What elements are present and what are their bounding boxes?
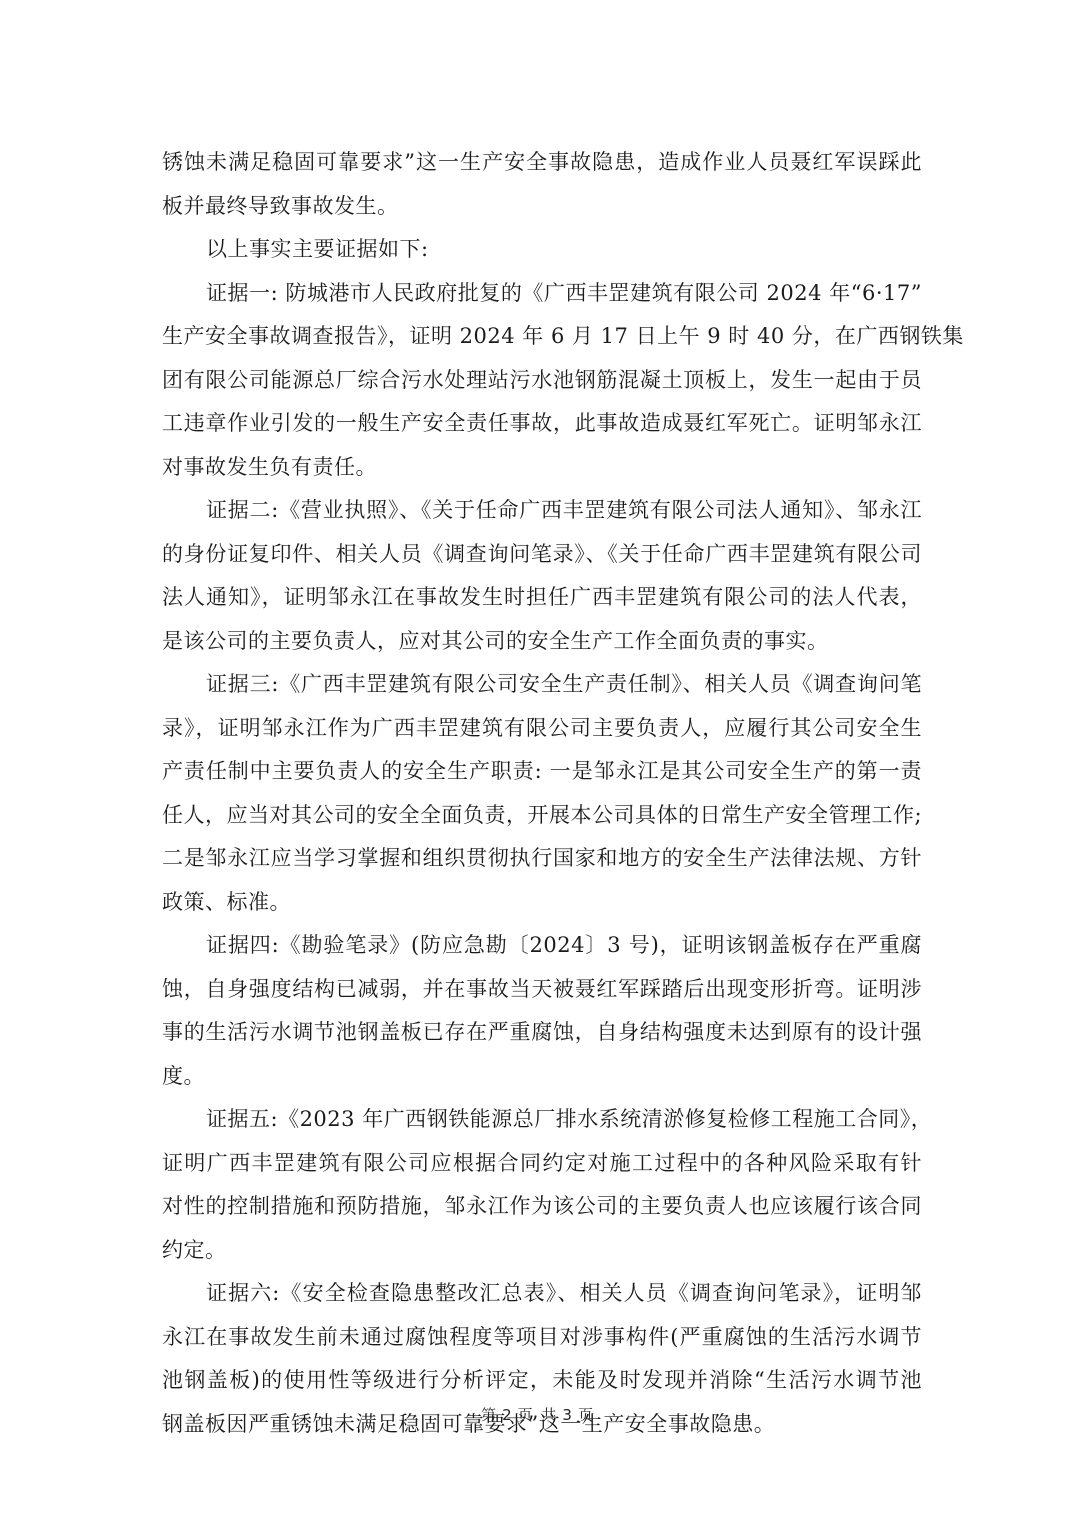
text-line: 蚀，自身强度结构已减弱，并在事故当天被聂红军踩踏后出现变形折弯。证明涉 (162, 968, 922, 1012)
text-line: 证据一: 防城港市人民政府批复的《广西丰罡建筑有限公司 2024 年“6·17” (162, 272, 922, 316)
text-line: 的身份证复印件、相关人员《调查询问笔录》、《关于任命广西丰罡建筑有限公司 (162, 533, 922, 577)
text-line: 证据六:《安全检查隐患整改汇总表》、相关人员《调查询问笔录》，证明邹 (162, 1272, 922, 1316)
text-line: 以上事实主要证据如下: (162, 228, 922, 272)
paragraph-evidence-4: 证据四:《勘验笔录》(防应急勘〔2024〕3 号)，证明该钢盖板存在严重腐 蚀，… (162, 924, 922, 1098)
text-line: 对事故发生负有责任。 (162, 446, 922, 490)
text-line: 二是邹永江应当学习掌握和组织贯彻执行国家和地方的安全生产法律法规、方针 (162, 837, 922, 881)
text-line: 证明广西丰罡建筑有限公司应根据合同约定对施工过程中的各种风险采取有针 (162, 1142, 922, 1186)
text-line: 锈蚀未满足稳固可靠要求”这一生产安全事故隐患，造成作业人员聂红军误踩此 (162, 141, 922, 185)
text-line: 事的生活污水调节池钢盖板已存在严重腐蚀，自身结构强度未达到原有的设计强 (162, 1011, 922, 1055)
footer-prefix: 第 (481, 1406, 496, 1424)
text-line: 证据二:《营业执照》、《关于任命广西丰罡建筑有限公司法人通知》、邹永江 (162, 489, 922, 533)
text-line: 约定。 (162, 1229, 922, 1273)
text-line: 证据三:《广西丰罡建筑有限公司安全生产责任制》、相关人员《调查询问笔 (162, 663, 922, 707)
text-line: 政策、标准。 (162, 881, 922, 925)
text-line: 是该公司的主要负责人，应对其公司的安全生产工作全面负责的事实。 (162, 620, 922, 664)
text-line: 录》，证明邹永江作为广西丰罡建筑有限公司主要负责人，应履行其公司安全生 (162, 707, 922, 751)
text-line: 永江在事故发生前未通过腐蚀程度等项目对涉事构件(严重腐蚀的生活污水调节 (162, 1316, 922, 1360)
text-line: 法人通知》，证明邹永江在事故发生时担任广西丰罡建筑有限公司的法人代表， (162, 576, 922, 620)
paragraph-evidence-intro: 以上事实主要证据如下: (162, 228, 922, 272)
text-line: 产责任制中主要负责人的安全生产职责: 一是邹永江是其公司安全生产的第一责 (162, 750, 922, 794)
text-line: 证据四:《勘验笔录》(防应急勘〔2024〕3 号)，证明该钢盖板存在严重腐 (162, 924, 922, 968)
text-line: 工违章作业引发的一般生产安全责任事故，此事故造成聂红军死亡。证明邹永江 (162, 402, 922, 446)
text-line: 团有限公司能源总厂综合污水处理站污水池钢筋混凝土顶板上，发生一起由于员 (162, 359, 922, 403)
footer-middle: 页 共 (518, 1406, 557, 1424)
paragraph-evidence-1: 证据一: 防城港市人民政府批复的《广西丰罡建筑有限公司 2024 年“6·17”… (162, 272, 922, 490)
document-body: 锈蚀未满足稳固可靠要求”这一生产安全事故隐患，造成作业人员聂红军误踩此 板并最终… (162, 141, 922, 1446)
text-line: 对性的控制措施和预防措施，邹永江作为该公司的主要负责人也应该履行该合同 (162, 1185, 922, 1229)
paragraph-continuation: 锈蚀未满足稳固可靠要求”这一生产安全事故隐患，造成作业人员聂红军误踩此 板并最终… (162, 141, 922, 228)
paragraph-evidence-5: 证据五:《2023 年广西钢铁能源总厂排水系统清淤修复检修工程施工合同》， 证明… (162, 1098, 922, 1272)
paragraph-evidence-3: 证据三:《广西丰罡建筑有限公司安全生产责任制》、相关人员《调查询问笔 录》，证明… (162, 663, 922, 924)
document-page: 锈蚀未满足稳固可靠要求”这一生产安全事故隐患，造成作业人员聂红军误踩此 板并最终… (0, 0, 1074, 1520)
text-line: 池钢盖板)的使用性等级进行分析评定，未能及时发现并消除“生活污水调节池 (162, 1359, 922, 1403)
text-line: 度。 (162, 1055, 922, 1099)
footer-suffix: 页 (578, 1406, 593, 1424)
text-line: 生产安全事故调查报告》，证明 2024 年 6 月 17 日上午 9 时 40 … (162, 315, 922, 359)
text-line: 板并最终导致事故发生。 (162, 185, 922, 229)
total-page-count: 3 (562, 1406, 572, 1424)
text-line: 证据五:《2023 年广西钢铁能源总厂排水系统清淤修复检修工程施工合同》， (162, 1098, 922, 1142)
text-line: 任人，应当对其公司的安全全面负责，开展本公司具体的日常生产安全管理工作; (162, 794, 922, 838)
paragraph-evidence-2: 证据二:《营业执照》、《关于任命广西丰罡建筑有限公司法人通知》、邹永江 的身份证… (162, 489, 922, 663)
current-page-number: 2 (502, 1406, 512, 1424)
page-number-footer: 第2页 共3页 (0, 1404, 1074, 1425)
